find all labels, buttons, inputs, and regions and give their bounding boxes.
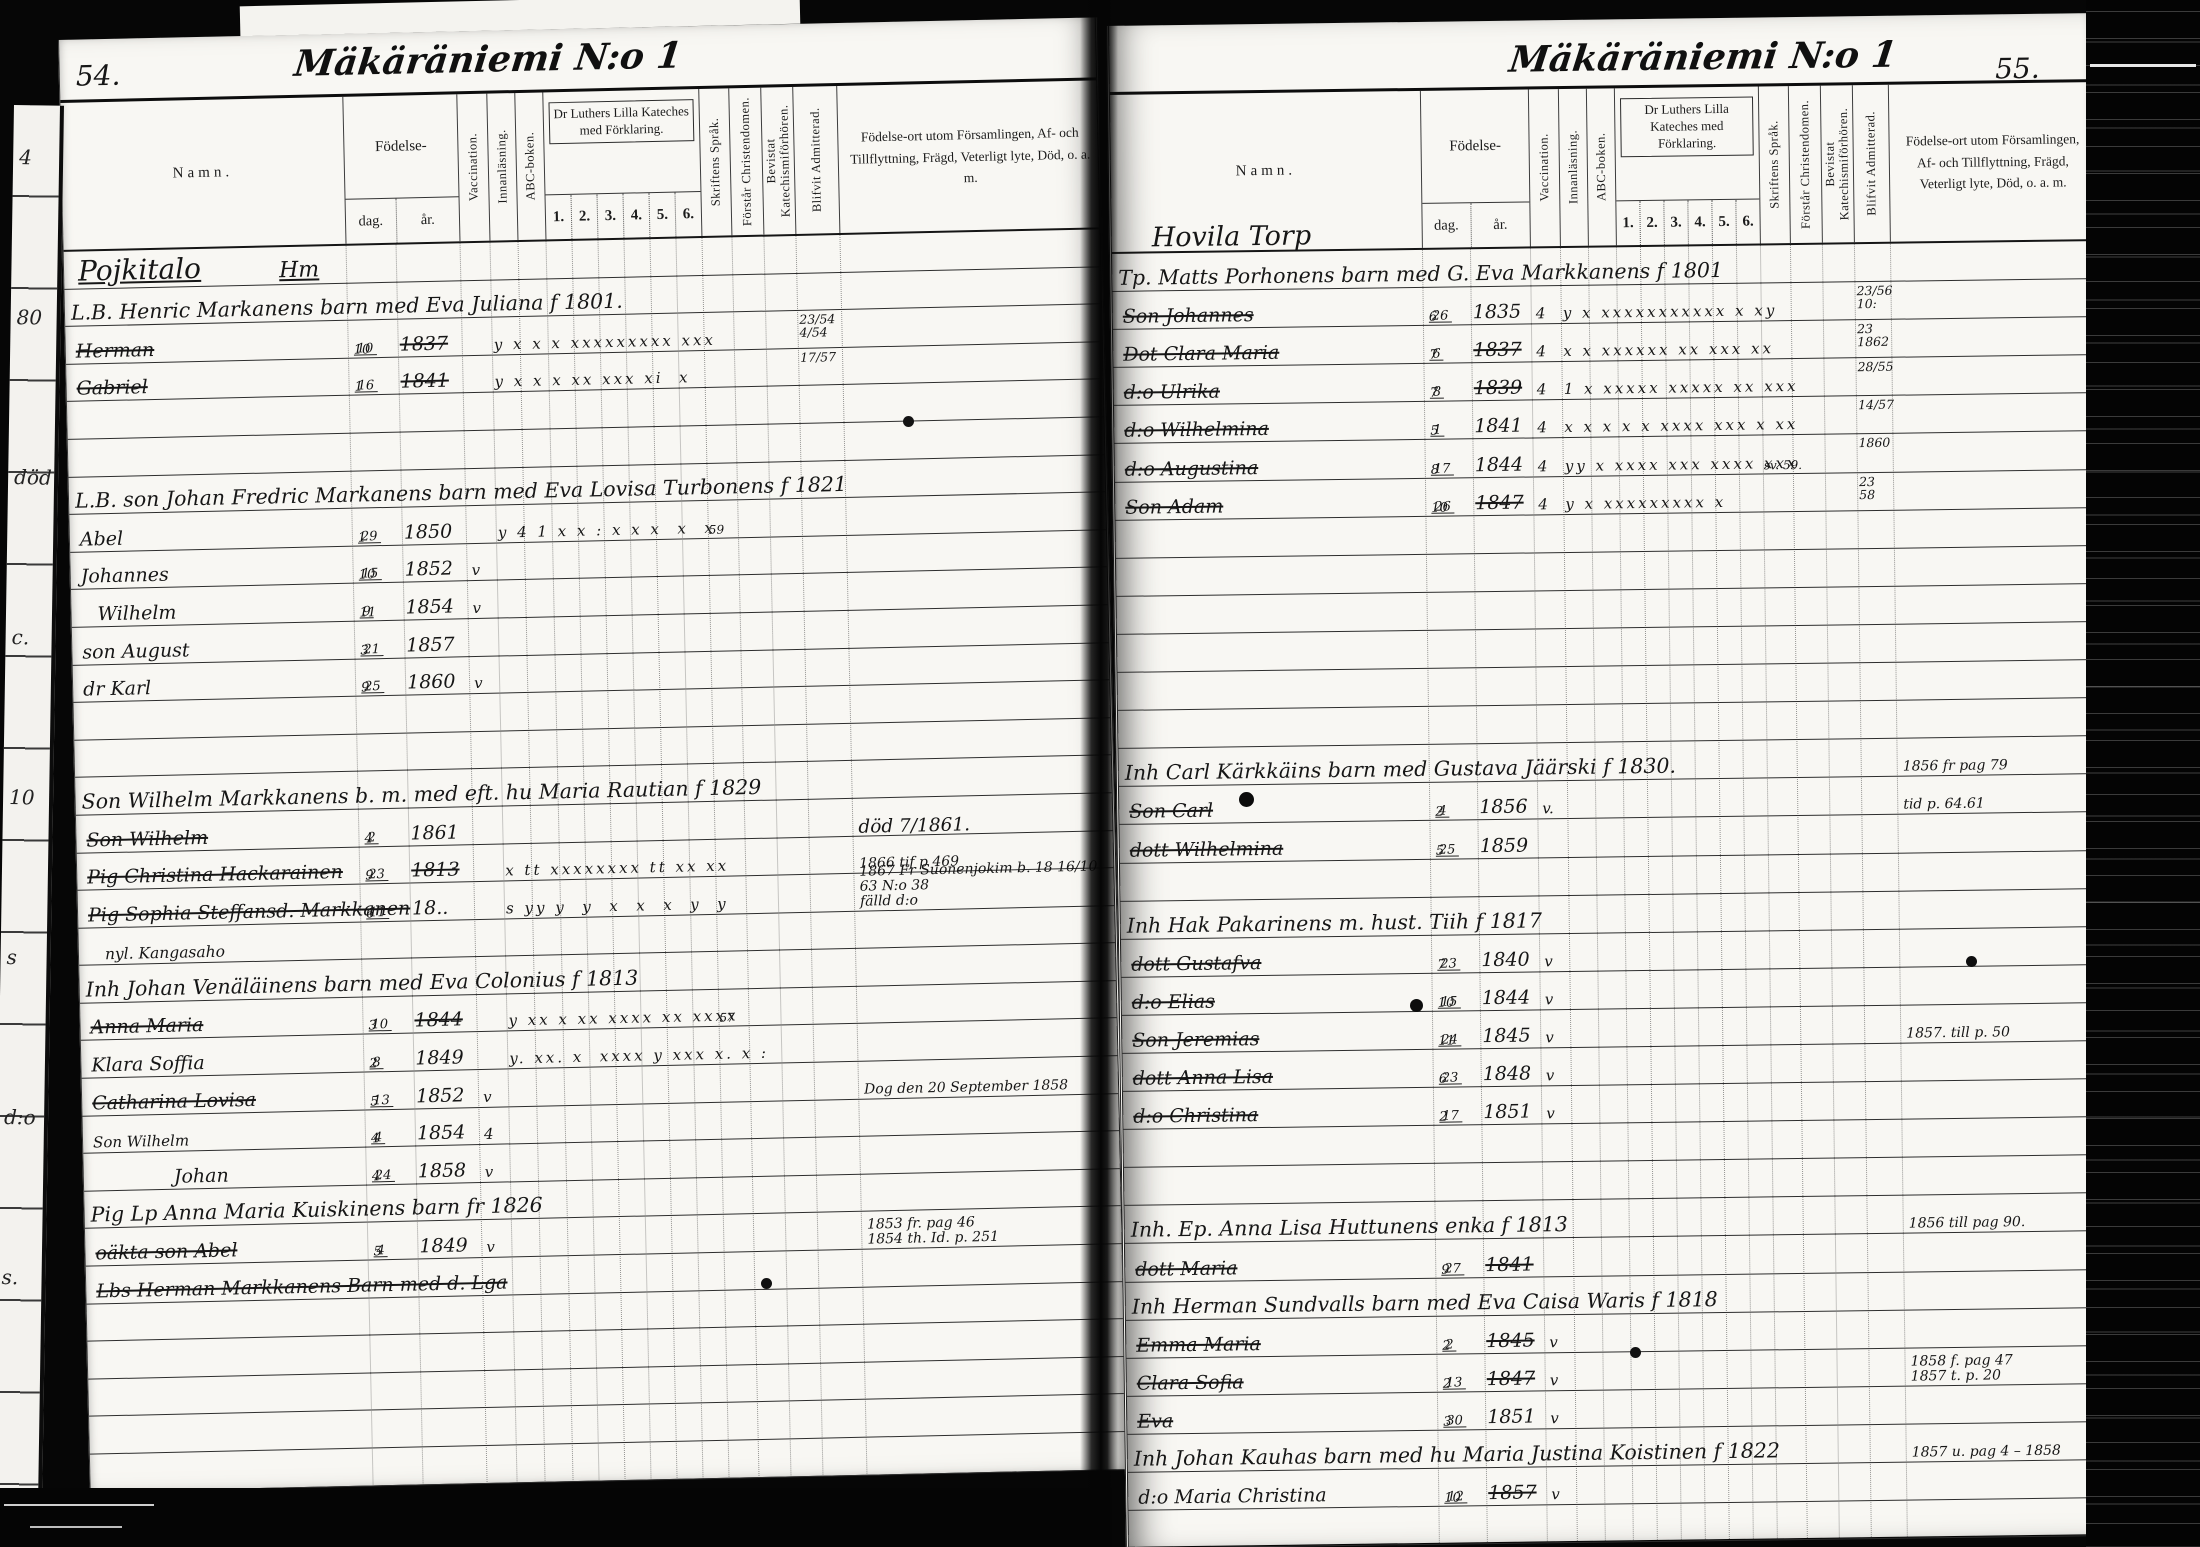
vaccination-mark: v: [1546, 1066, 1555, 1084]
vaccination-mark: v: [1551, 1485, 1560, 1503]
person-name: Emma Maria: [1136, 1333, 1261, 1357]
reading-marks: y 4 1 x x : x x x x x: [498, 519, 716, 542]
namn-label: Namn.: [173, 164, 234, 182]
birth-year: 1847: [1487, 1367, 1536, 1390]
person-name: Johan: [174, 1164, 229, 1187]
language-note: 59: [709, 522, 725, 536]
birth-year: 1837: [399, 332, 448, 355]
cut-off-text-fragment: s: [6, 945, 17, 969]
dag-label: dag.: [1422, 203, 1470, 248]
vaccination-mark: v: [1550, 1409, 1559, 1427]
flourish: Hm: [279, 257, 320, 283]
admitted-note: 1860: [1858, 436, 1890, 471]
abc-boken-label: ABC-boken.: [1594, 133, 1609, 202]
birth-year: 18..: [412, 896, 449, 919]
birth-year: 1813: [411, 859, 460, 882]
cut-off-text-fragment: död: [14, 465, 52, 490]
person-name: d:o Maria Christina: [1138, 1484, 1327, 1508]
birth-year: 1859: [1480, 834, 1529, 857]
person-name: d:o Ulrika: [1124, 381, 1220, 404]
person-name: Abel: [80, 527, 124, 550]
column-header-kateches: Dr Luthers Lilla Kateches med Förklaring…: [542, 89, 701, 239]
fodelseort-label: Födelse-ort utom Församlingen, Af- och T…: [1889, 128, 2096, 195]
reading-marks: y x xxxxxxxxx x: [1565, 493, 1726, 513]
kateches-col-4: 4.: [622, 193, 649, 238]
birth-year: 1856: [1479, 796, 1528, 819]
ink-blots: [0, 0, 7, 7]
vaccination-label: Vaccination.: [1537, 134, 1552, 202]
reading-marks: x tt xxxxxxxx tt xx xx: [505, 857, 729, 880]
vaccination-label: Vaccination.: [466, 133, 481, 201]
birth-year: 1841: [1474, 415, 1523, 438]
person-name: Son Jeremias: [1132, 1028, 1259, 1052]
page-title-farm-heading: Mäkäräniemi N:o 1: [1507, 34, 1900, 81]
kateches-subcolumns: 1. 2. 3. 4. 5. 6.: [1616, 198, 1760, 245]
margin-note: tid p. 64.61: [1903, 795, 2098, 813]
kateches-col-5: 5.: [648, 193, 675, 238]
birth-year: 1837: [1473, 339, 1522, 362]
birth-year: 1845: [1486, 1329, 1535, 1352]
kateches-col-2: 2.: [571, 194, 598, 239]
birth-year: 1861: [410, 821, 459, 844]
farm-name: Pojkitalo: [78, 252, 202, 288]
scanned-parish-register: { "scan": { "margin_fragments": ["4", "8…: [0, 0, 2200, 1547]
reading-marks: s yy y y x x x y y: [506, 894, 729, 917]
vaccination-mark: v: [474, 674, 483, 692]
reading-marks: y x x x xxxxxxxxx xxx: [494, 331, 717, 354]
column-header-blifvit-admitterad: Blifvit Admitterad.: [1852, 85, 1890, 242]
scan-scratch: [2090, 64, 2196, 67]
book-binding-gutter: [1080, 0, 1118, 1547]
admitted-note: 23 1862: [1857, 322, 1889, 357]
birth-year: 1848: [1483, 1063, 1532, 1086]
column-header-innanlasning: Innanläsning.: [486, 93, 517, 241]
column-header-skriftens-sprak: Skriftens Språk.: [1758, 86, 1790, 243]
birth-year: 1841: [400, 370, 449, 393]
cut-off-text-fragment: c.: [11, 625, 29, 649]
birth-year: 1857: [406, 633, 455, 656]
vaccination-mark: v: [486, 1238, 495, 1256]
person-name: Pig Christina Hackarainen: [87, 861, 343, 889]
person-name: oäkta son Abel: [95, 1239, 237, 1264]
household-head-entry: Inh Hak Pakarinens m. hust. Tiih f 1817: [1127, 908, 1542, 937]
column-header-fodelseort: Födelse-ort utom Församlingen, Af- och T…: [1888, 82, 2097, 242]
birth-year: 1835: [1473, 301, 1522, 324]
person-name: dott Anna Lisa: [1133, 1066, 1274, 1090]
reading-marks: y x xxxxxxxxxxx x xy: [1563, 301, 1778, 322]
column-header-abc-boken: ABC-boken.: [514, 92, 545, 240]
vaccination-mark: v: [472, 599, 481, 617]
vaccination-mark: v: [471, 561, 480, 579]
person-name: Catharina Lovisa: [92, 1089, 256, 1115]
kateches-label: Dr Luthers Lilla Kateches med Förklaring…: [1620, 97, 1754, 157]
vaccination-mark: 4: [1536, 304, 1546, 322]
margin-note: 1857. till p. 50: [1906, 1024, 2101, 1042]
person-name: Anna Maria: [90, 1015, 203, 1039]
admitted-note: 23/56 10:: [1856, 284, 1892, 319]
vaccination-mark: v.: [1542, 800, 1554, 818]
scan-black-edge-right: [2086, 0, 2200, 1547]
person-name: Klara Soffia: [91, 1052, 205, 1076]
kateches-col-1: 1.: [1616, 201, 1640, 245]
person-name: Clara Sofia: [1137, 1371, 1244, 1394]
cut-off-text-fragments: 480dödc.10sd:os.: [14, 105, 60, 106]
bevistat-label: Bevistat Katechismiförhören.: [1823, 89, 1852, 239]
cut-off-text-fragment: s.: [1, 1265, 18, 1289]
previous-page-sliver: 480dödc.10sd:os.: [0, 105, 64, 1547]
margin-note: 1858 f. pag 47 1857 t. p. 20: [1910, 1352, 2105, 1385]
person-name: d:o Christina: [1133, 1104, 1258, 1128]
ar-label: år.: [1470, 202, 1530, 247]
kateches-col-6: 6.: [1735, 199, 1760, 243]
vaccination-mark: v: [1544, 952, 1553, 970]
person-name: Eva: [1137, 1410, 1173, 1432]
kateches-label: Dr Luthers Lilla Kateches med Förklaring…: [548, 99, 694, 144]
admitted-note: 23 58: [1859, 475, 1875, 509]
kateches-col-1: 1.: [546, 195, 572, 240]
ledger-body: PojkitaloHmL.B. Henric Markanens barn me…: [64, 229, 1127, 1492]
column-header-bevistat: Bevistat Katechismiförhören.: [1820, 85, 1854, 242]
margin-note: 1856 fr pag 79: [1903, 757, 2098, 775]
kateches-col-2: 2.: [1639, 201, 1664, 245]
person-name: dott Wilhelmina: [1130, 837, 1284, 861]
admitted-note: 28/55: [1857, 360, 1893, 395]
vaccination-mark: v: [1546, 1104, 1555, 1122]
ledger-rows: PojkitaloHmL.B. Henric Markanens barn me…: [64, 229, 1127, 1492]
person-name: Gabriel: [76, 377, 148, 401]
person-name: Son Wilhelm: [93, 1132, 189, 1152]
person-name: Herman: [76, 339, 155, 363]
column-header-namn: Namn. Hovila Torp: [1110, 91, 1422, 252]
birth-year: 1854: [417, 1122, 466, 1145]
person-name: son August: [82, 639, 190, 663]
kateches-col-3: 3.: [1663, 200, 1688, 244]
forstar-christendomen-label: Förstår Christendomen.: [738, 97, 755, 226]
skriftens-sprak-label: Skriftens Språk.: [707, 118, 723, 207]
person-name: Son Wilhelm: [86, 826, 208, 851]
person-name: dott Maria: [1135, 1257, 1237, 1280]
birth-year: 1850: [404, 520, 453, 543]
fodelseort-label: Födelse-ort utom Församlingen, Af- och T…: [838, 121, 1102, 192]
printed-column-header: Namn. Hovila Torp Födelse- dag. år. Vacc…: [1110, 79, 2094, 254]
column-header-vaccination: Vaccination.: [1528, 89, 1560, 246]
innanlasning-label: Innanläsning.: [1566, 130, 1581, 204]
register-page-right: 55. Mäkäräniemi N:o 1 Namn. Hovila Torp …: [1106, 13, 2111, 1547]
kateches-col-4: 4.: [1687, 200, 1712, 244]
vaccination-mark: 4: [1537, 419, 1547, 437]
birth-year: 1839: [1474, 377, 1523, 400]
vaccination-mark: 4: [1538, 495, 1548, 513]
scan-scratch: [4, 1504, 154, 1506]
vaccination-mark: v: [1545, 990, 1554, 1008]
birth-year: 1840: [1481, 948, 1530, 971]
column-header-abc-boken: ABC-boken.: [1586, 88, 1616, 245]
column-header-kateches: Dr Luthers Lilla Kateches med Förklaring…: [1614, 86, 1760, 245]
language-note: 57: [719, 1011, 735, 1025]
margin-note: 1857 u. pag 4 – 1858: [1912, 1443, 2107, 1461]
printed-column-header: Namn. Födelse- dag. år. Vaccination. Inn…: [60, 77, 1099, 252]
person-name: Son Johannes: [1123, 304, 1254, 328]
column-header-fodelse: Födelse- dag. år.: [342, 94, 459, 243]
bevistat-label: Bevistat Katechismiförhören.: [763, 87, 794, 235]
column-header-vaccination: Vaccination.: [456, 94, 489, 242]
ledger-body: Tp. Matts Porhonens barn med G. Eva Mark…: [1112, 241, 2111, 1547]
farm-name: Hovila Torp: [1152, 220, 1312, 253]
birth-year: 1849: [415, 1046, 464, 1069]
column-header-skriftens-sprak: Skriftens Språk.: [698, 88, 731, 236]
language-note: sv. 59.: [1764, 457, 1802, 471]
vaccination-mark: v: [483, 1087, 492, 1105]
ar-label: år.: [395, 197, 459, 242]
birth-year: 1852: [404, 558, 453, 581]
vaccination-mark: v: [485, 1163, 494, 1181]
admitted-note: 14/57: [1858, 398, 1894, 433]
vaccination-mark: 4: [484, 1125, 494, 1143]
namn-label: Namn.: [1236, 163, 1297, 181]
birth-year: 1860: [407, 671, 456, 694]
birth-year: 1841: [1485, 1253, 1534, 1276]
birth-year: 1851: [1483, 1101, 1532, 1124]
blifvit-admitterad-label: Blifvit Admitterad.: [808, 108, 824, 213]
birth-year: 1854: [405, 595, 454, 618]
birth-year: 1847: [1475, 491, 1524, 514]
cut-off-text-fragment: 80: [16, 305, 42, 329]
scan-black-edge-bottom: [0, 1488, 1112, 1547]
column-header-blifvit-admitterad: Blifvit Admitterad.: [792, 86, 839, 234]
reading-marks: x x x x x xxxx xxx x xx: [1564, 415, 1798, 436]
innanlasning-label: Innanläsning.: [495, 130, 510, 204]
page-title-farm-heading: Mäkäräniemi N:o 1: [292, 34, 684, 85]
column-header-innanlasning: Innanläsning.: [1558, 89, 1588, 246]
column-header-forstar-christendomen: Förstår Christendomen.: [728, 88, 763, 236]
kateches-col-5: 5.: [1711, 200, 1736, 244]
abc-boken-label: ABC-boken.: [523, 132, 538, 201]
person-name: Wilhelm: [97, 601, 176, 625]
reading-marks: y x x x xx xxx xi x: [494, 369, 690, 391]
birth-year: 1849: [419, 1234, 468, 1257]
person-name: dott Gustafva: [1131, 952, 1261, 976]
vaccination-mark: v: [1549, 1333, 1558, 1351]
reading-marks: x x xxxxxx xx xxx xx: [1563, 340, 1774, 361]
dag-label: dag.: [346, 199, 397, 244]
person-name: d:o Wilhelmina: [1124, 418, 1269, 442]
person-name: Dot Clara Maria: [1123, 342, 1279, 366]
fodelse-label: Födelse-: [1449, 137, 1501, 155]
kateches-col-6: 6.: [674, 192, 701, 237]
column-header-fodelse: Födelse- dag. år.: [1420, 89, 1530, 247]
cut-off-text-fragment: d:o: [4, 1105, 36, 1129]
person-name: dr Karl: [83, 677, 151, 700]
vaccination-mark: 4: [1537, 381, 1547, 399]
vaccination-mark: 4: [1536, 343, 1546, 361]
person-name: Johannes: [80, 564, 169, 588]
scan-scratch: [30, 1526, 122, 1528]
person-name: Son Adam: [1125, 495, 1223, 518]
person-name: d:o Augustina: [1125, 457, 1259, 481]
kateches-subcolumns: 1. 2. 3. 4. 5. 6.: [545, 191, 701, 239]
register-page-left: 54. Mäkäräniemi N:o 1 Namn. Födelse- dag…: [58, 17, 1129, 1491]
reading-marks: y xx x xx xxxx xx xxxx: [508, 1007, 738, 1030]
cut-off-text-fragment: 4: [19, 145, 32, 169]
birth-year: 1845: [1482, 1024, 1531, 1047]
birth-year: 1844: [1482, 986, 1531, 1009]
vaccination-mark: 4: [1538, 457, 1548, 475]
vaccination-mark: v: [1550, 1371, 1559, 1389]
margin-note: 1867 Fr Suonenjokim b. 18 16/10 63 N:o 3…: [859, 859, 1112, 909]
ledger-rows: Tp. Matts Porhonens barn med G. Eva Mark…: [1112, 241, 2111, 1547]
skriftens-sprak-label: Skriftens Språk.: [1767, 120, 1782, 209]
person-name: d:o Elias: [1132, 991, 1215, 1014]
birth-year: 1852: [416, 1084, 465, 1107]
column-header-bevistat: Bevistat Katechismiförhören.: [760, 87, 795, 235]
forstar-christendomen-label: Förstår Christendomen.: [1798, 100, 1813, 229]
kateches-col-3: 3.: [596, 194, 623, 239]
birth-year: 1858: [418, 1159, 467, 1182]
vaccination-mark: v: [1545, 1028, 1554, 1046]
birth-year: 1857: [1488, 1482, 1537, 1505]
person-name: Son Carl: [1129, 800, 1213, 823]
birth-year: 1844: [414, 1009, 463, 1032]
margin-note: 1856 till pag 90.: [1909, 1214, 2104, 1232]
admitted-note: 23/54 4/54: [799, 312, 836, 346]
cut-off-text-fragment: 10: [9, 785, 35, 809]
household-head-entry: Inh. Ep. Anna Lisa Huttunens enka f 1813: [1131, 1212, 1568, 1242]
blifvit-admitterad-label: Blifvit Admitterad.: [1864, 111, 1879, 216]
admitted-note: 17/57: [800, 350, 837, 384]
column-header-fodelseort: Födelse-ort utom Församlingen, Af- och T…: [836, 80, 1103, 233]
column-header-forstar-christendomen: Förstår Christendomen.: [1788, 86, 1822, 243]
birth-year: 1844: [1475, 453, 1524, 476]
column-header-namn: Namn.: [60, 97, 345, 250]
page-number: 54.: [75, 59, 120, 93]
fodelse-label: Födelse-: [375, 137, 427, 155]
birth-year: 1851: [1487, 1405, 1536, 1428]
reading-marks: 1 x xxxxx xxxxx xx xxx: [1564, 377, 1799, 398]
margin-entry: nyl. Kangasaho: [105, 943, 225, 964]
